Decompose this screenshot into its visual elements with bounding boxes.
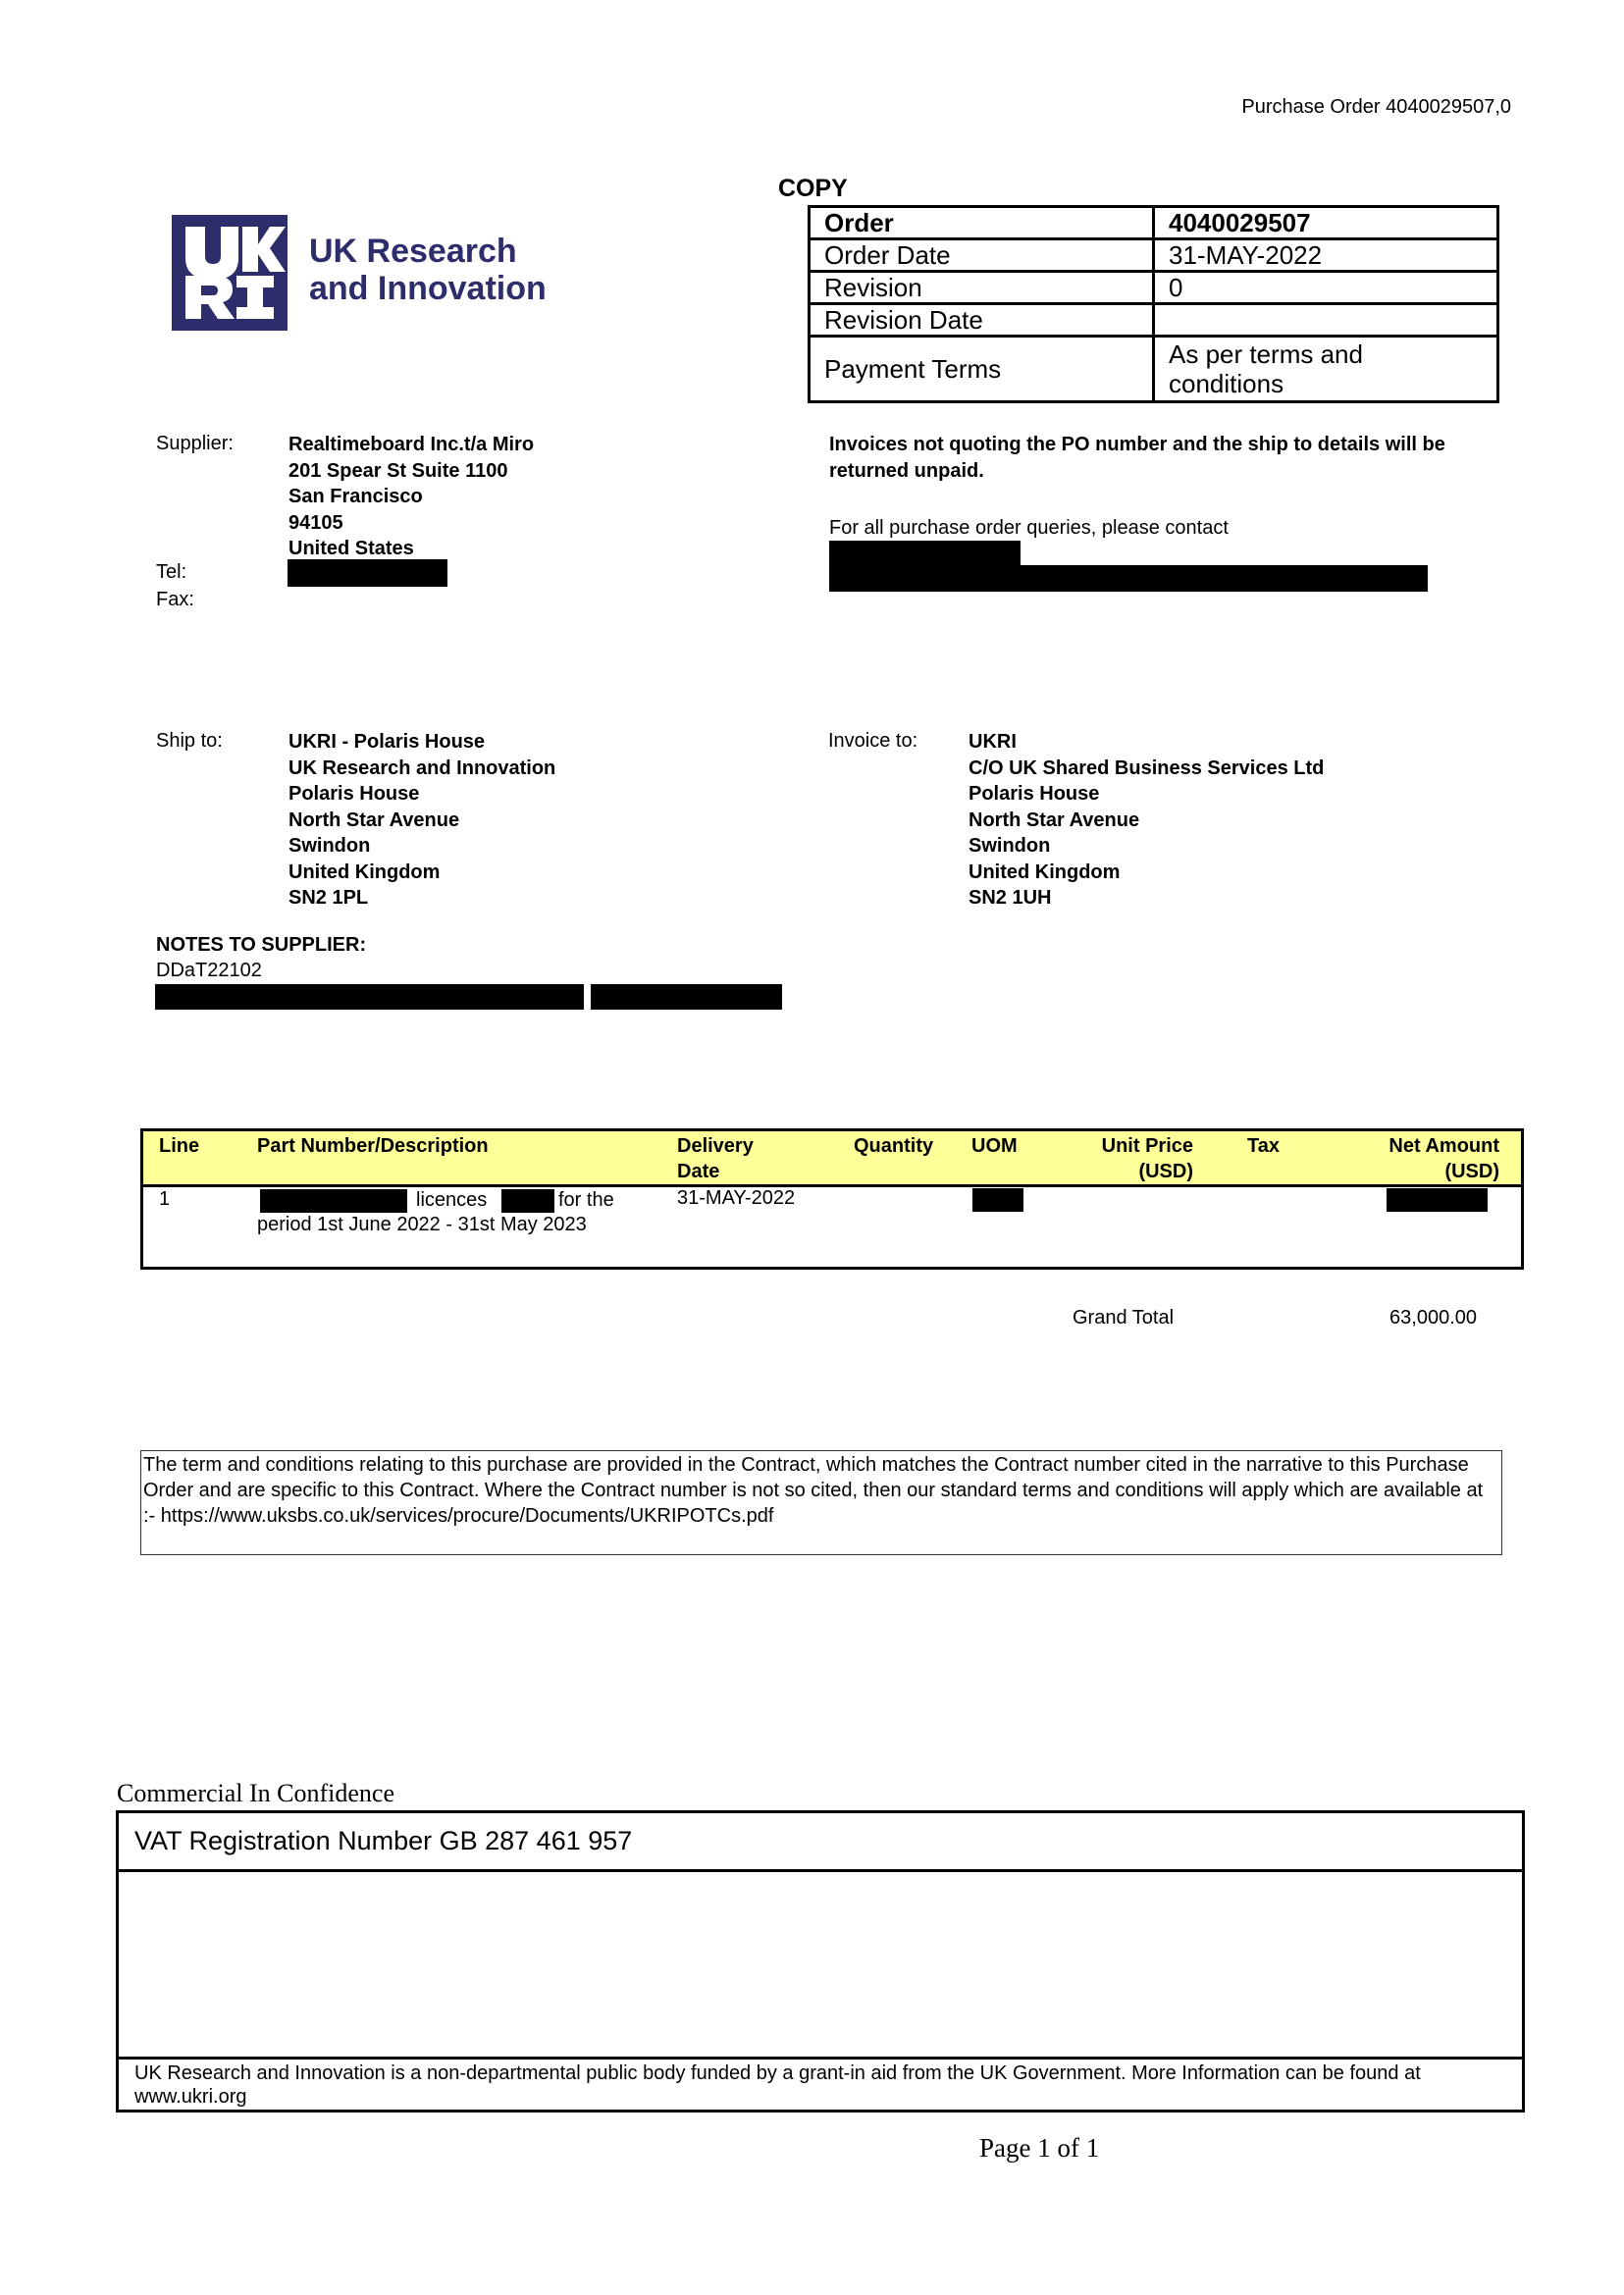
ship-to-label: Ship to: bbox=[156, 730, 223, 753]
revision: 0 bbox=[1154, 272, 1498, 304]
redacted-uom bbox=[972, 1188, 1023, 1212]
redacted-notes-2 bbox=[591, 984, 782, 1010]
invoice-to-label: Invoice to: bbox=[828, 730, 917, 753]
payment-terms: As per terms and conditions bbox=[1154, 337, 1498, 402]
revision-label: Revision bbox=[810, 272, 1154, 304]
order-date-row: Order Date 31-MAY-2022 bbox=[810, 239, 1498, 272]
order-label: Order bbox=[810, 207, 1154, 239]
terms-and-conditions: The term and conditions relating to this… bbox=[140, 1450, 1502, 1555]
vat-registration: VAT Registration Number GB 287 461 957 bbox=[119, 1813, 1522, 1872]
row-desc-word: licences bbox=[416, 1187, 487, 1214]
tel-label: Tel: bbox=[156, 561, 186, 584]
row-description-period: period 1st June 2022 - 31st May 2023 bbox=[257, 1212, 587, 1238]
ukri-logo-text: UK Research and Innovation bbox=[309, 233, 547, 307]
col-net-amount: Net Amount (USD) bbox=[1340, 1133, 1499, 1184]
supplier-address: Realtimeboard Inc.t/a Miro 201 Spear St … bbox=[288, 432, 534, 562]
fax-label: Fax: bbox=[156, 589, 194, 611]
redacted-quantity-desc bbox=[501, 1189, 554, 1213]
col-line: Line bbox=[159, 1133, 199, 1159]
line-items-table: Line Part Number/Description Delivery Da… bbox=[140, 1128, 1524, 1270]
contact-text: For all purchase order queries, please c… bbox=[829, 517, 1229, 540]
payment-terms-label: Payment Terms bbox=[810, 337, 1154, 402]
order-number: 4040029507 bbox=[1154, 207, 1498, 239]
ukri-logo-mark-icon bbox=[172, 215, 288, 331]
row-line-number: 1 bbox=[159, 1186, 170, 1213]
invoice-to-address: UKRI C/O UK Shared Business Services Ltd… bbox=[969, 729, 1324, 912]
row-desc-word-2: for the bbox=[558, 1187, 614, 1214]
ship-to-address: UKRI - Polaris House UK Research and Inn… bbox=[288, 729, 555, 912]
redacted-net-amount bbox=[1387, 1188, 1488, 1212]
redacted-contact-name bbox=[829, 541, 1021, 566]
row-delivery-date: 31-MAY-2022 bbox=[677, 1185, 795, 1212]
page-number: Page 1 of 1 bbox=[979, 2133, 1099, 2164]
col-quantity: Quantity bbox=[854, 1133, 933, 1159]
order-date: 31-MAY-2022 bbox=[1154, 239, 1498, 272]
ukri-logo: UK Research and Innovation bbox=[172, 215, 628, 331]
revision-date bbox=[1154, 304, 1498, 337]
col-delivery-date: Delivery Date bbox=[677, 1133, 754, 1184]
notes-text: DDaT22102 bbox=[156, 960, 262, 982]
supplier-label: Supplier: bbox=[156, 433, 234, 455]
order-date-label: Order Date bbox=[810, 239, 1154, 272]
payment-terms-row: Payment Terms As per terms and condition… bbox=[810, 337, 1498, 402]
revision-date-row: Revision Date bbox=[810, 304, 1498, 337]
confidentiality-label: Commercial In Confidence bbox=[117, 1779, 394, 1808]
redacted-telephone bbox=[288, 559, 447, 587]
notes-title: NOTES TO SUPPLIER: bbox=[156, 934, 366, 957]
redacted-notes-1 bbox=[155, 984, 584, 1010]
grand-total-label: Grand Total bbox=[1073, 1307, 1174, 1330]
order-number-row: Order 4040029507 bbox=[810, 207, 1498, 239]
invoice-warning: Invoices not quoting the PO number and t… bbox=[829, 432, 1467, 485]
col-unit-price: Unit Price (USD) bbox=[1085, 1133, 1193, 1184]
col-description: Part Number/Description bbox=[257, 1133, 489, 1159]
line-items-header: Line Part Number/Description Delivery Da… bbox=[143, 1131, 1521, 1187]
redacted-product bbox=[260, 1189, 407, 1213]
col-uom: UOM bbox=[971, 1133, 1018, 1159]
footer-box: VAT Registration Number GB 287 461 957 U… bbox=[116, 1810, 1525, 2112]
col-tax: Tax bbox=[1247, 1133, 1280, 1159]
order-details-table: Order 4040029507 Order Date 31-MAY-2022 … bbox=[808, 205, 1499, 403]
copy-label: COPY bbox=[778, 175, 848, 203]
revision-row: Revision 0 bbox=[810, 272, 1498, 304]
ukri-footer-note: UK Research and Innovation is a non-depa… bbox=[119, 2057, 1522, 2110]
redacted-contact-email bbox=[829, 565, 1428, 592]
grand-total-value: 63,000.00 bbox=[1335, 1307, 1477, 1330]
revision-date-label: Revision Date bbox=[810, 304, 1154, 337]
document-reference: Purchase Order 4040029507,0 bbox=[1128, 96, 1511, 119]
